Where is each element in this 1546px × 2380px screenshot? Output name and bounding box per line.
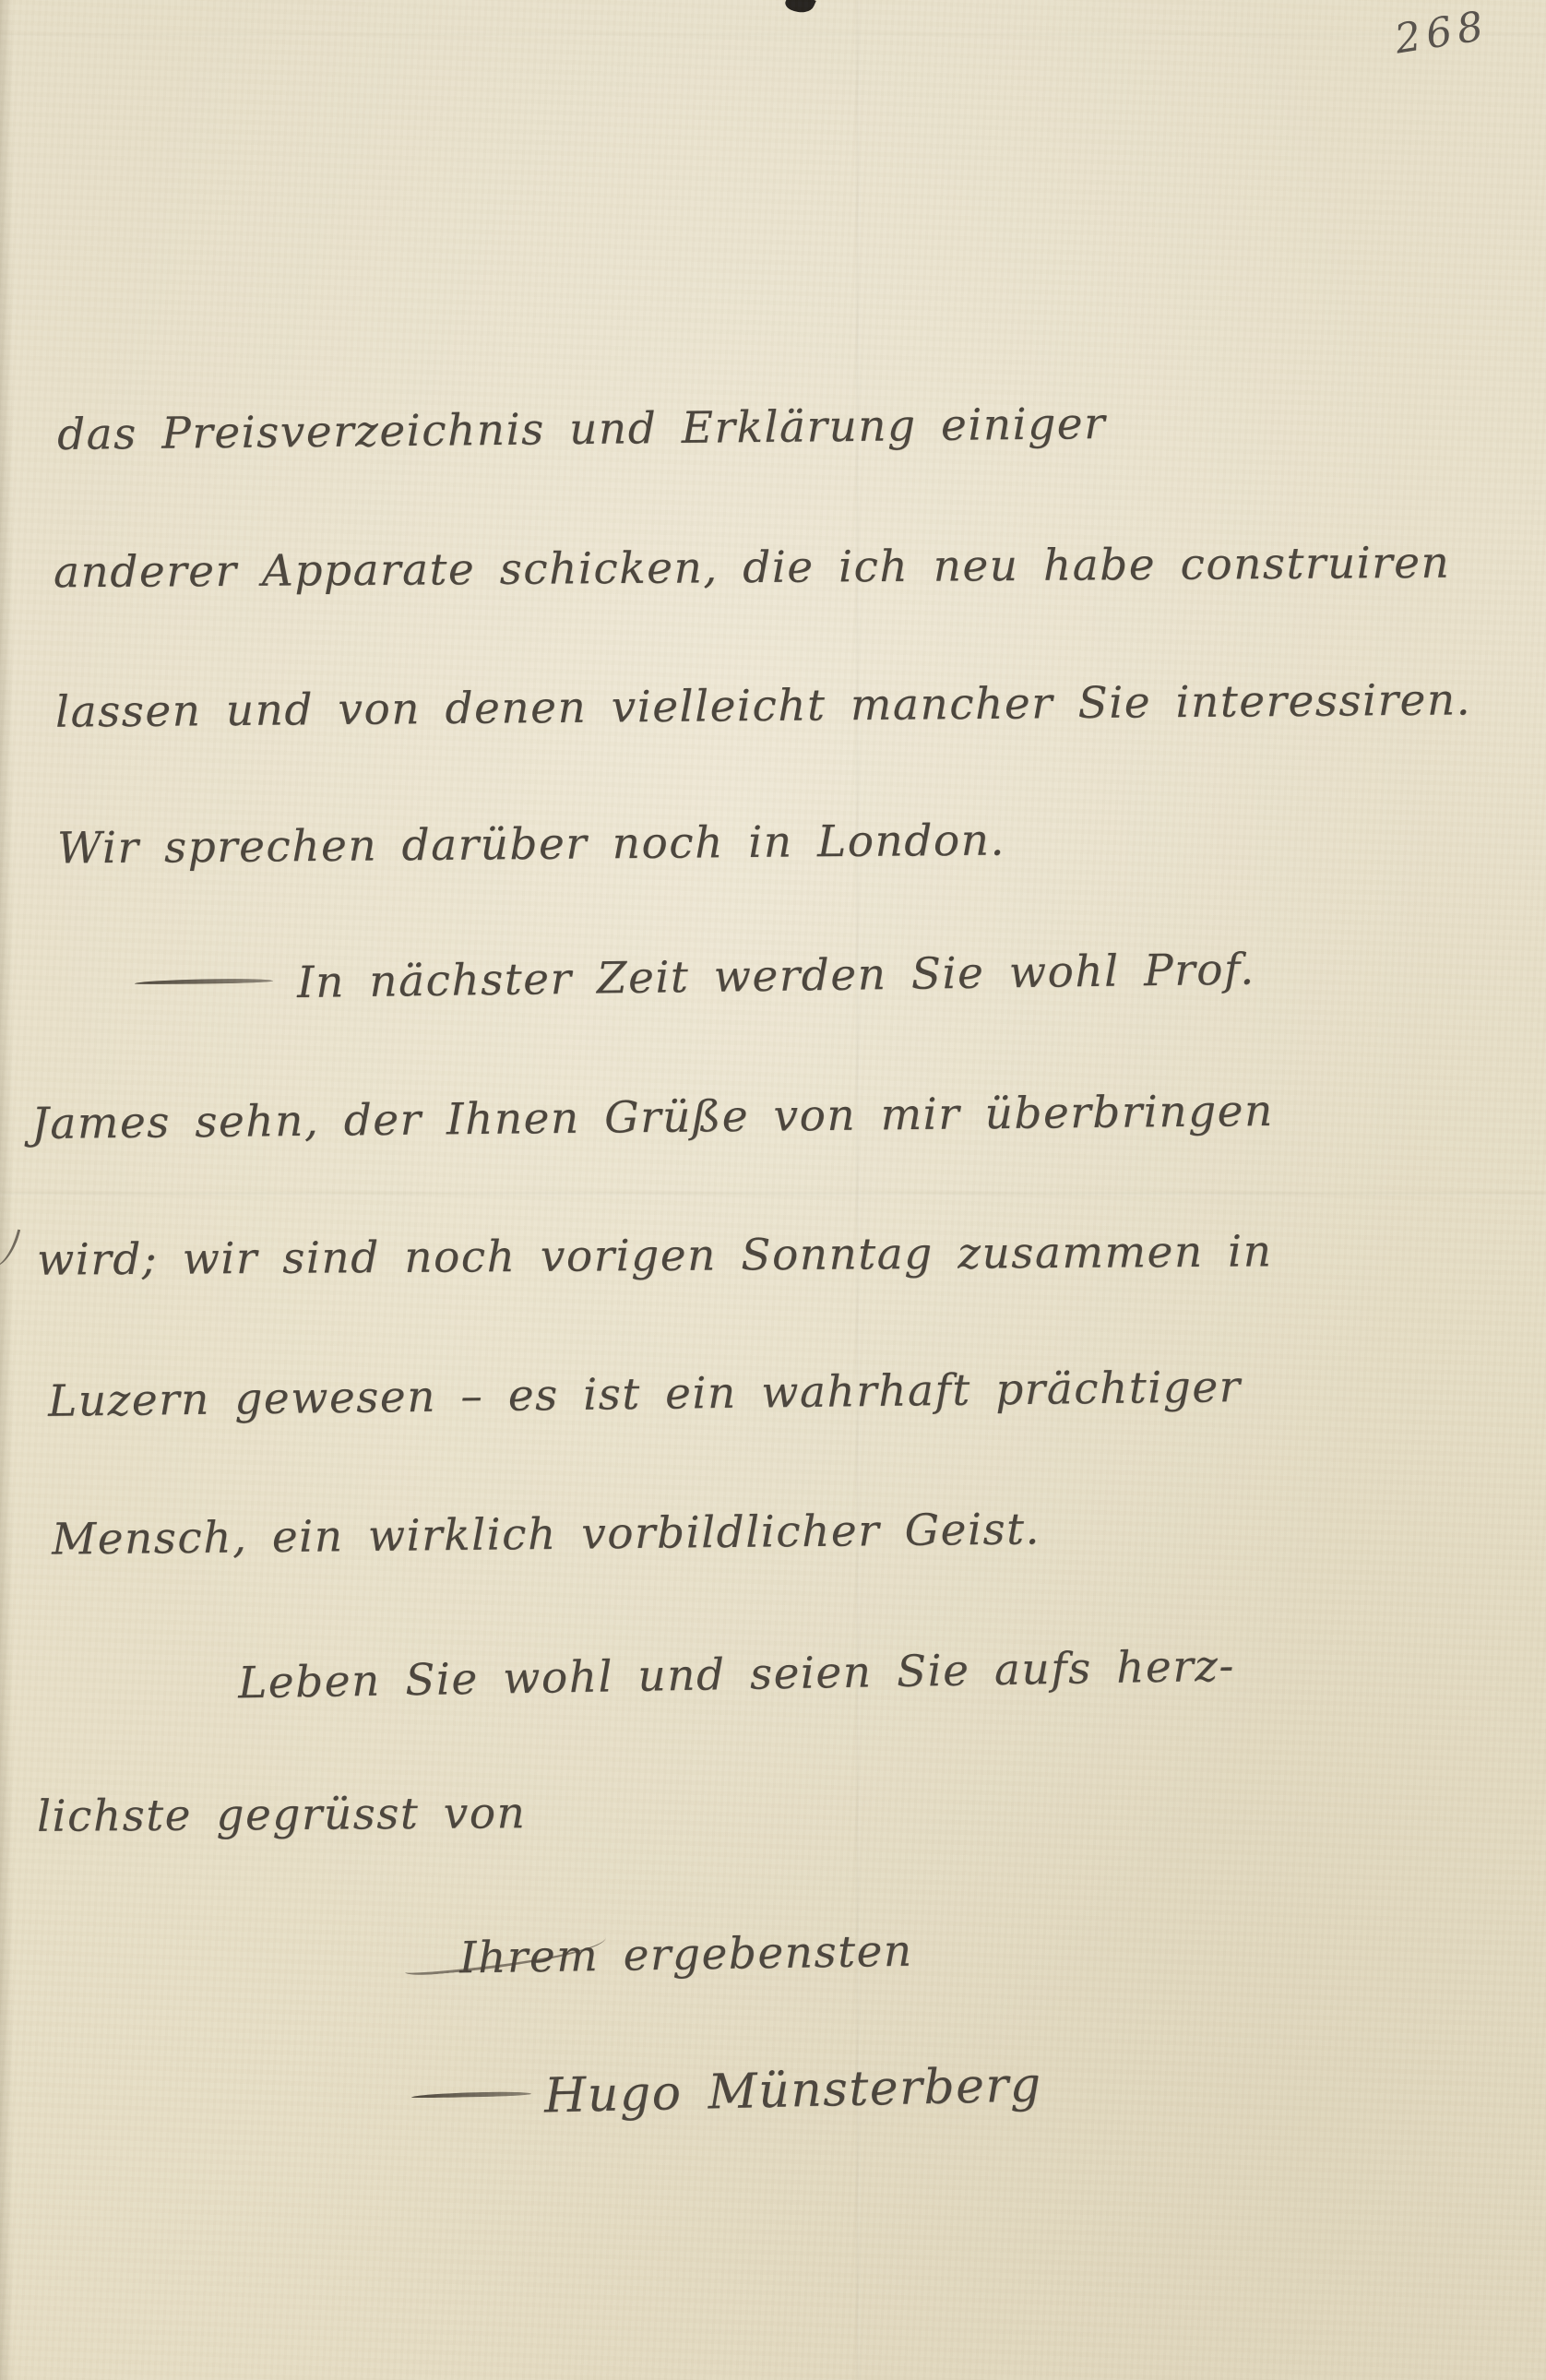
letter-line: Mensch, ein wirklich vorbildlicher Geist… [52,1504,1041,1565]
signature: Hugo Münsterberg [410,2057,1042,2126]
letter-line: Wir sprechen darüber noch in London. [57,815,1005,875]
letter-line-text: In nächster Zeit werden Sie wohl Prof. [297,945,1255,1008]
letter-line: lichste gegrüsst von [37,1788,527,1842]
letter-line: wird; wir sind noch vorigen Sonntag zusa… [37,1226,1273,1285]
pen-flourish-dash [135,978,273,984]
letter-line: In nächster Zeit werden Sie wohl Prof. [135,945,1255,1011]
letter-page: 268 das Preisverzeichnis und Erklärung e… [0,0,1546,2380]
closing-line: Ihrem ergebensten [404,1926,913,1985]
letter-line: Leben Sie wohl und seien Sie aufs herz- [238,1641,1236,1709]
signature-text: Hugo Münsterberg [543,2057,1042,2124]
letter-body: das Preisverzeichnis und Erklärung einig… [0,0,1546,2380]
letter-line: Luzern gewesen – es ist ein wahrhaft prä… [48,1362,1242,1427]
letter-line: lassen und von denen vielleicht mancher … [55,674,1471,737]
pen-flourish-dash [411,2091,531,2099]
letter-line: James sehn, der Ihnen Grüße von mir über… [31,1086,1274,1149]
letter-line: das Preisverzeichnis und Erklärung einig… [57,399,1107,460]
letter-line: anderer Apparate schicken, die ich neu h… [54,538,1451,599]
